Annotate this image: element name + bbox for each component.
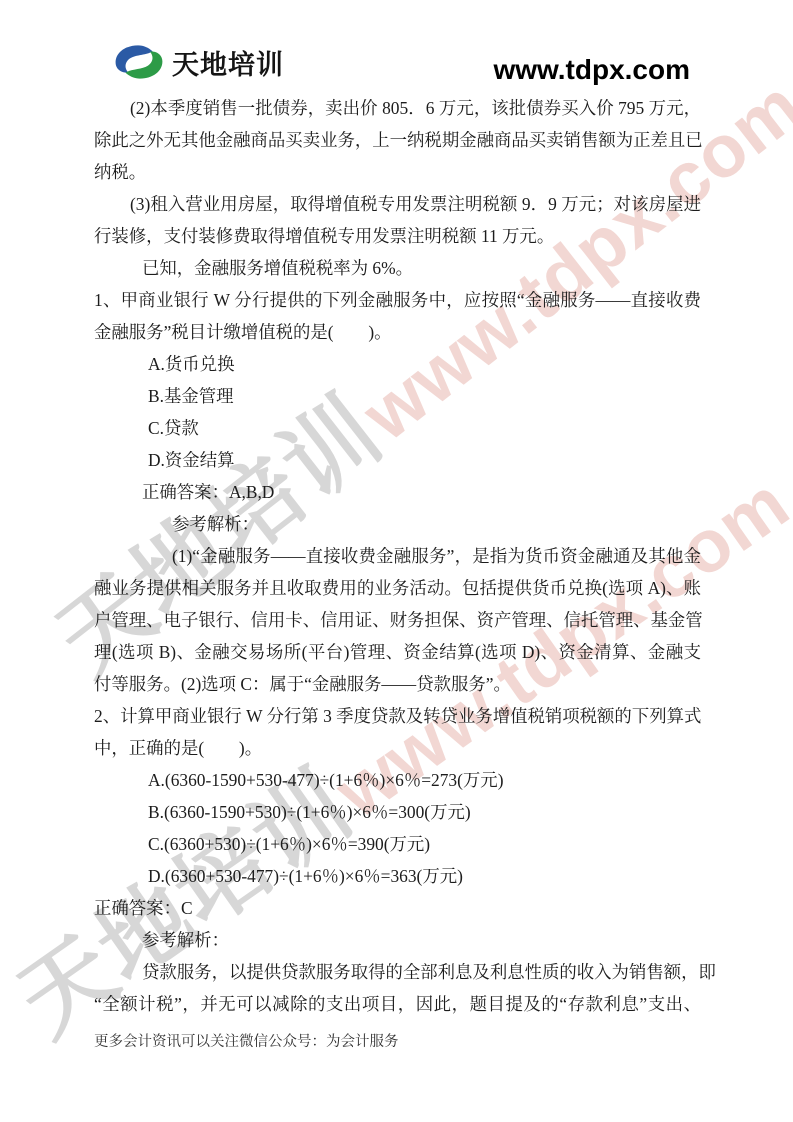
text-line: (3)租入营业用房屋，取得增值税专用发票注明税额 9．9 万元；对该房屋进 bbox=[94, 188, 701, 220]
text-line: 2、计算甲商业银行 W 分行第 3 季度贷款及转贷业务增值税销项税额的下列算式 bbox=[94, 700, 701, 732]
text-line: 除此之外无其他金融商品买卖业务，上一纳税期金融商品买卖销售额为正差且已 bbox=[94, 124, 701, 156]
text-line: A.货币兑换 bbox=[94, 348, 701, 380]
text-line: D.(6360+530-477)÷(1+6％)×6％=363(万元) bbox=[94, 860, 701, 892]
text-line: (2)本季度销售一批债券，卖出价 805．6 万元，该批债券买入价 795 万元… bbox=[94, 92, 701, 124]
document-body: (2)本季度销售一批债券，卖出价 805．6 万元，该批债券买入价 795 万元… bbox=[94, 92, 701, 1020]
text-line: “全额计税”，并无可以减除的支出项目，因此，题目提及的“存款利息”支出、 bbox=[94, 988, 701, 1020]
text-line: B.(6360-1590+530)÷(1+6％)×6％=300(万元) bbox=[94, 796, 701, 828]
text-line: 参考解析： bbox=[94, 924, 701, 956]
text-line: 金融服务”税目计缴增值税的是( )。 bbox=[94, 316, 701, 348]
text-line: 行装修，支付装修费取得增值税专用发票注明税额 11 万元。 bbox=[94, 220, 701, 252]
text-line: C.贷款 bbox=[94, 412, 701, 444]
site-url-text: www.tdpx.com bbox=[493, 54, 690, 86]
text-line: (1)“金融服务——直接收费金融服务”，是指为货币资金融通及其他金 bbox=[94, 540, 701, 572]
text-line: 纳税。 bbox=[94, 156, 701, 188]
text-line: 理(选项 B)、金融交易场所(平台)管理、资金结算(选项 D)、资金清算、金融支 bbox=[94, 636, 701, 668]
text-line: 贷款服务，以提供贷款服务取得的全部利息及利息性质的收入为销售额，即 bbox=[94, 956, 701, 988]
text-line: 已知，金融服务增值税税率为 6%。 bbox=[94, 252, 701, 284]
text-line: B.基金管理 bbox=[94, 380, 701, 412]
site-logo: 天地培训 bbox=[112, 42, 284, 82]
document-page: 天地培训www.tdpx.com 天地培训www.tdpx.com 天地培训 w… bbox=[0, 0, 793, 1122]
page-header: 天地培训 www.tdpx.com bbox=[0, 42, 793, 92]
text-line: A.(6360-1590+530-477)÷(1+6％)×6％=273(万元) bbox=[94, 764, 701, 796]
footer-note: 更多会计资讯可以关注微信公众号：为会计服务 bbox=[94, 1030, 399, 1051]
text-line: 中，正确的是( )。 bbox=[94, 732, 701, 764]
text-line: D.资金结算 bbox=[94, 444, 701, 476]
logo-text: 天地培训 bbox=[172, 43, 284, 82]
text-line: 户管理、电子银行、信用卡、信用证、财务担保、资产管理、信托管理、基金管 bbox=[94, 604, 701, 636]
text-line: C.(6360+530)÷(1+6％)×6％=390(万元) bbox=[94, 828, 701, 860]
text-line: 1、甲商业银行 W 分行提供的下列金融服务中，应按照“金融服务——直接收费 bbox=[94, 284, 701, 316]
text-line: 正确答案：A,B,D bbox=[94, 476, 701, 508]
tdpx-swirl-logo-icon bbox=[112, 42, 166, 82]
text-line: 参考解析： bbox=[94, 508, 701, 540]
text-line: 付等服务。(2)选项 C：属于“金融服务——贷款服务”。 bbox=[94, 668, 701, 700]
text-line: 正确答案：C bbox=[94, 892, 701, 924]
text-line: 融业务提供相关服务并且收取费用的业务活动。包括提供货币兑换(选项 A)、账 bbox=[94, 572, 701, 604]
